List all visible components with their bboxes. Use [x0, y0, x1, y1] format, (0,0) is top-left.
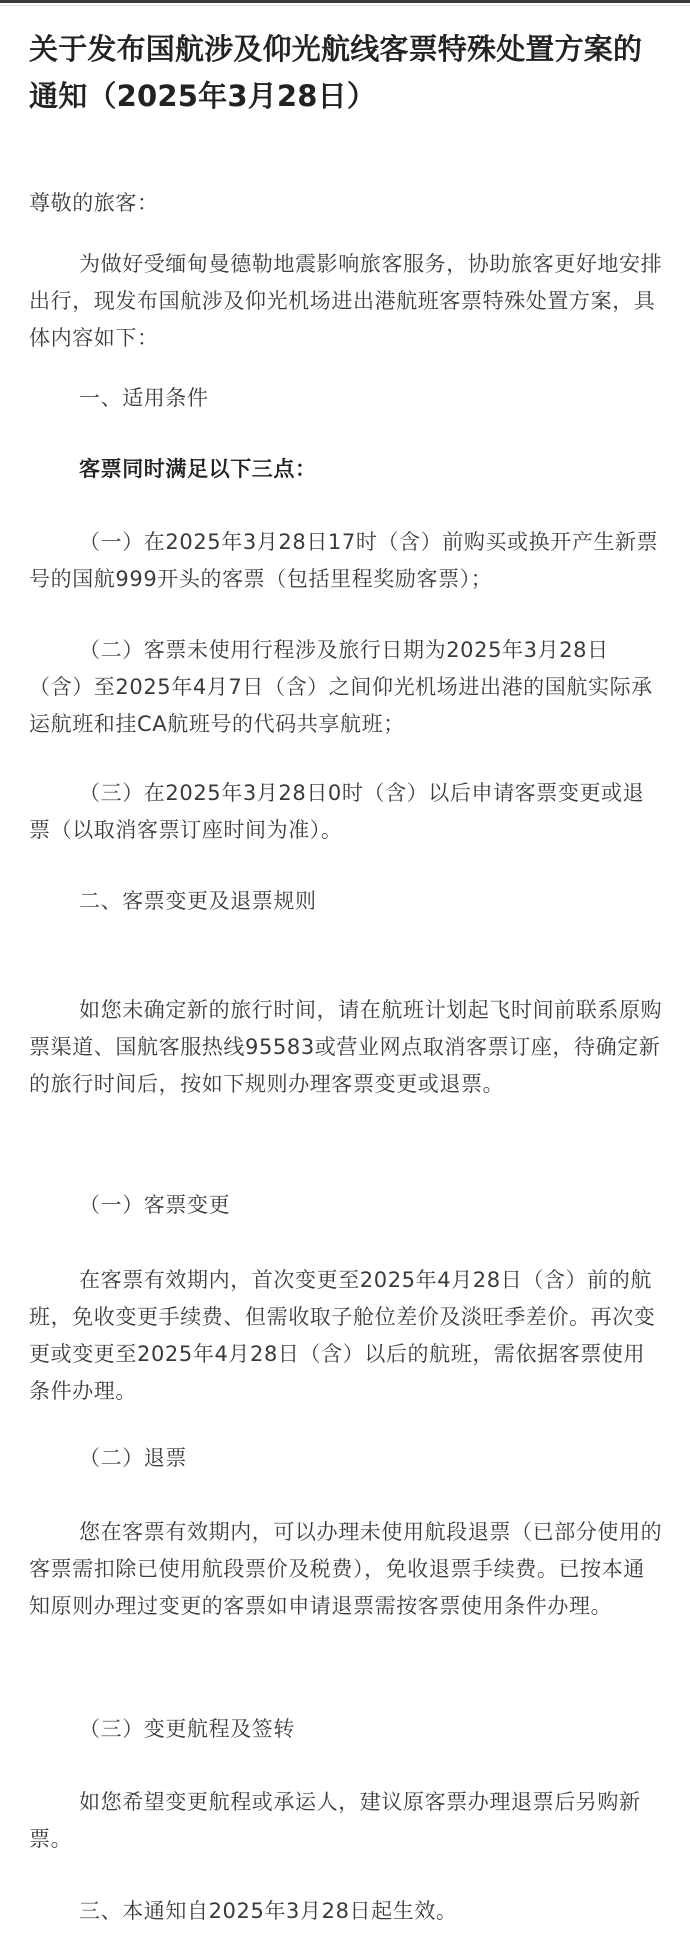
top-divider	[0, 5, 690, 6]
section3-heading: 三、本通知自2025年3月28日起生效。	[29, 1893, 663, 1930]
section1-heading: 一、适用条件	[29, 380, 663, 417]
condition-item-2: （二）客票未使用行程涉及旅行日期为2025年3月28日（含）至2025年4月7日…	[29, 632, 663, 743]
notice-title: 关于发布国航涉及仰光航线客票特殊处置方案的通知（2025年3月28日）	[29, 26, 659, 120]
condition-item-3: （三）在2025年3月28日0时（含）以后申请客票变更或退票（以取消客票订座时间…	[29, 775, 663, 849]
section2-intro: 如您未确定新的旅行时间，请在航班计划起飞时间前联系原购票渠道、国航客服热线955…	[29, 992, 663, 1103]
subsection-reroute-body: 如您希望变更航程或承运人，建议原客票办理退票后另购新票。	[29, 1784, 663, 1858]
condition-item-1: （一）在2025年3月28日17时（含）前购买或换开产生新票号的国航999开头的…	[29, 524, 663, 598]
subsection-change-body: 在客票有效期内，首次变更至2025年4月28日（含）前的航班，免收变更手续费、但…	[29, 1262, 663, 1410]
subsection-change-heading: （一）客票变更	[29, 1187, 663, 1224]
salutation: 尊敬的旅客：	[29, 185, 663, 222]
section2-heading: 二、客票变更及退票规则	[29, 883, 663, 920]
section1-subheading: 客票同时满足以下三点：	[29, 451, 663, 488]
subsection-reroute-heading: （三）变更航程及签转	[29, 1711, 663, 1748]
intro-paragraph: 为做好受缅甸曼德勒地震影响旅客服务，协助旅客更好地安排出行，现发布国航涉及仰光机…	[29, 246, 663, 357]
subsection-refund-heading: （二）退票	[29, 1440, 663, 1477]
top-border	[0, 0, 690, 3]
subsection-refund-body: 您在客票有效期内，可以办理未使用航段退票（已部分使用的客票需扣除已使用航段票价及…	[29, 1514, 663, 1625]
